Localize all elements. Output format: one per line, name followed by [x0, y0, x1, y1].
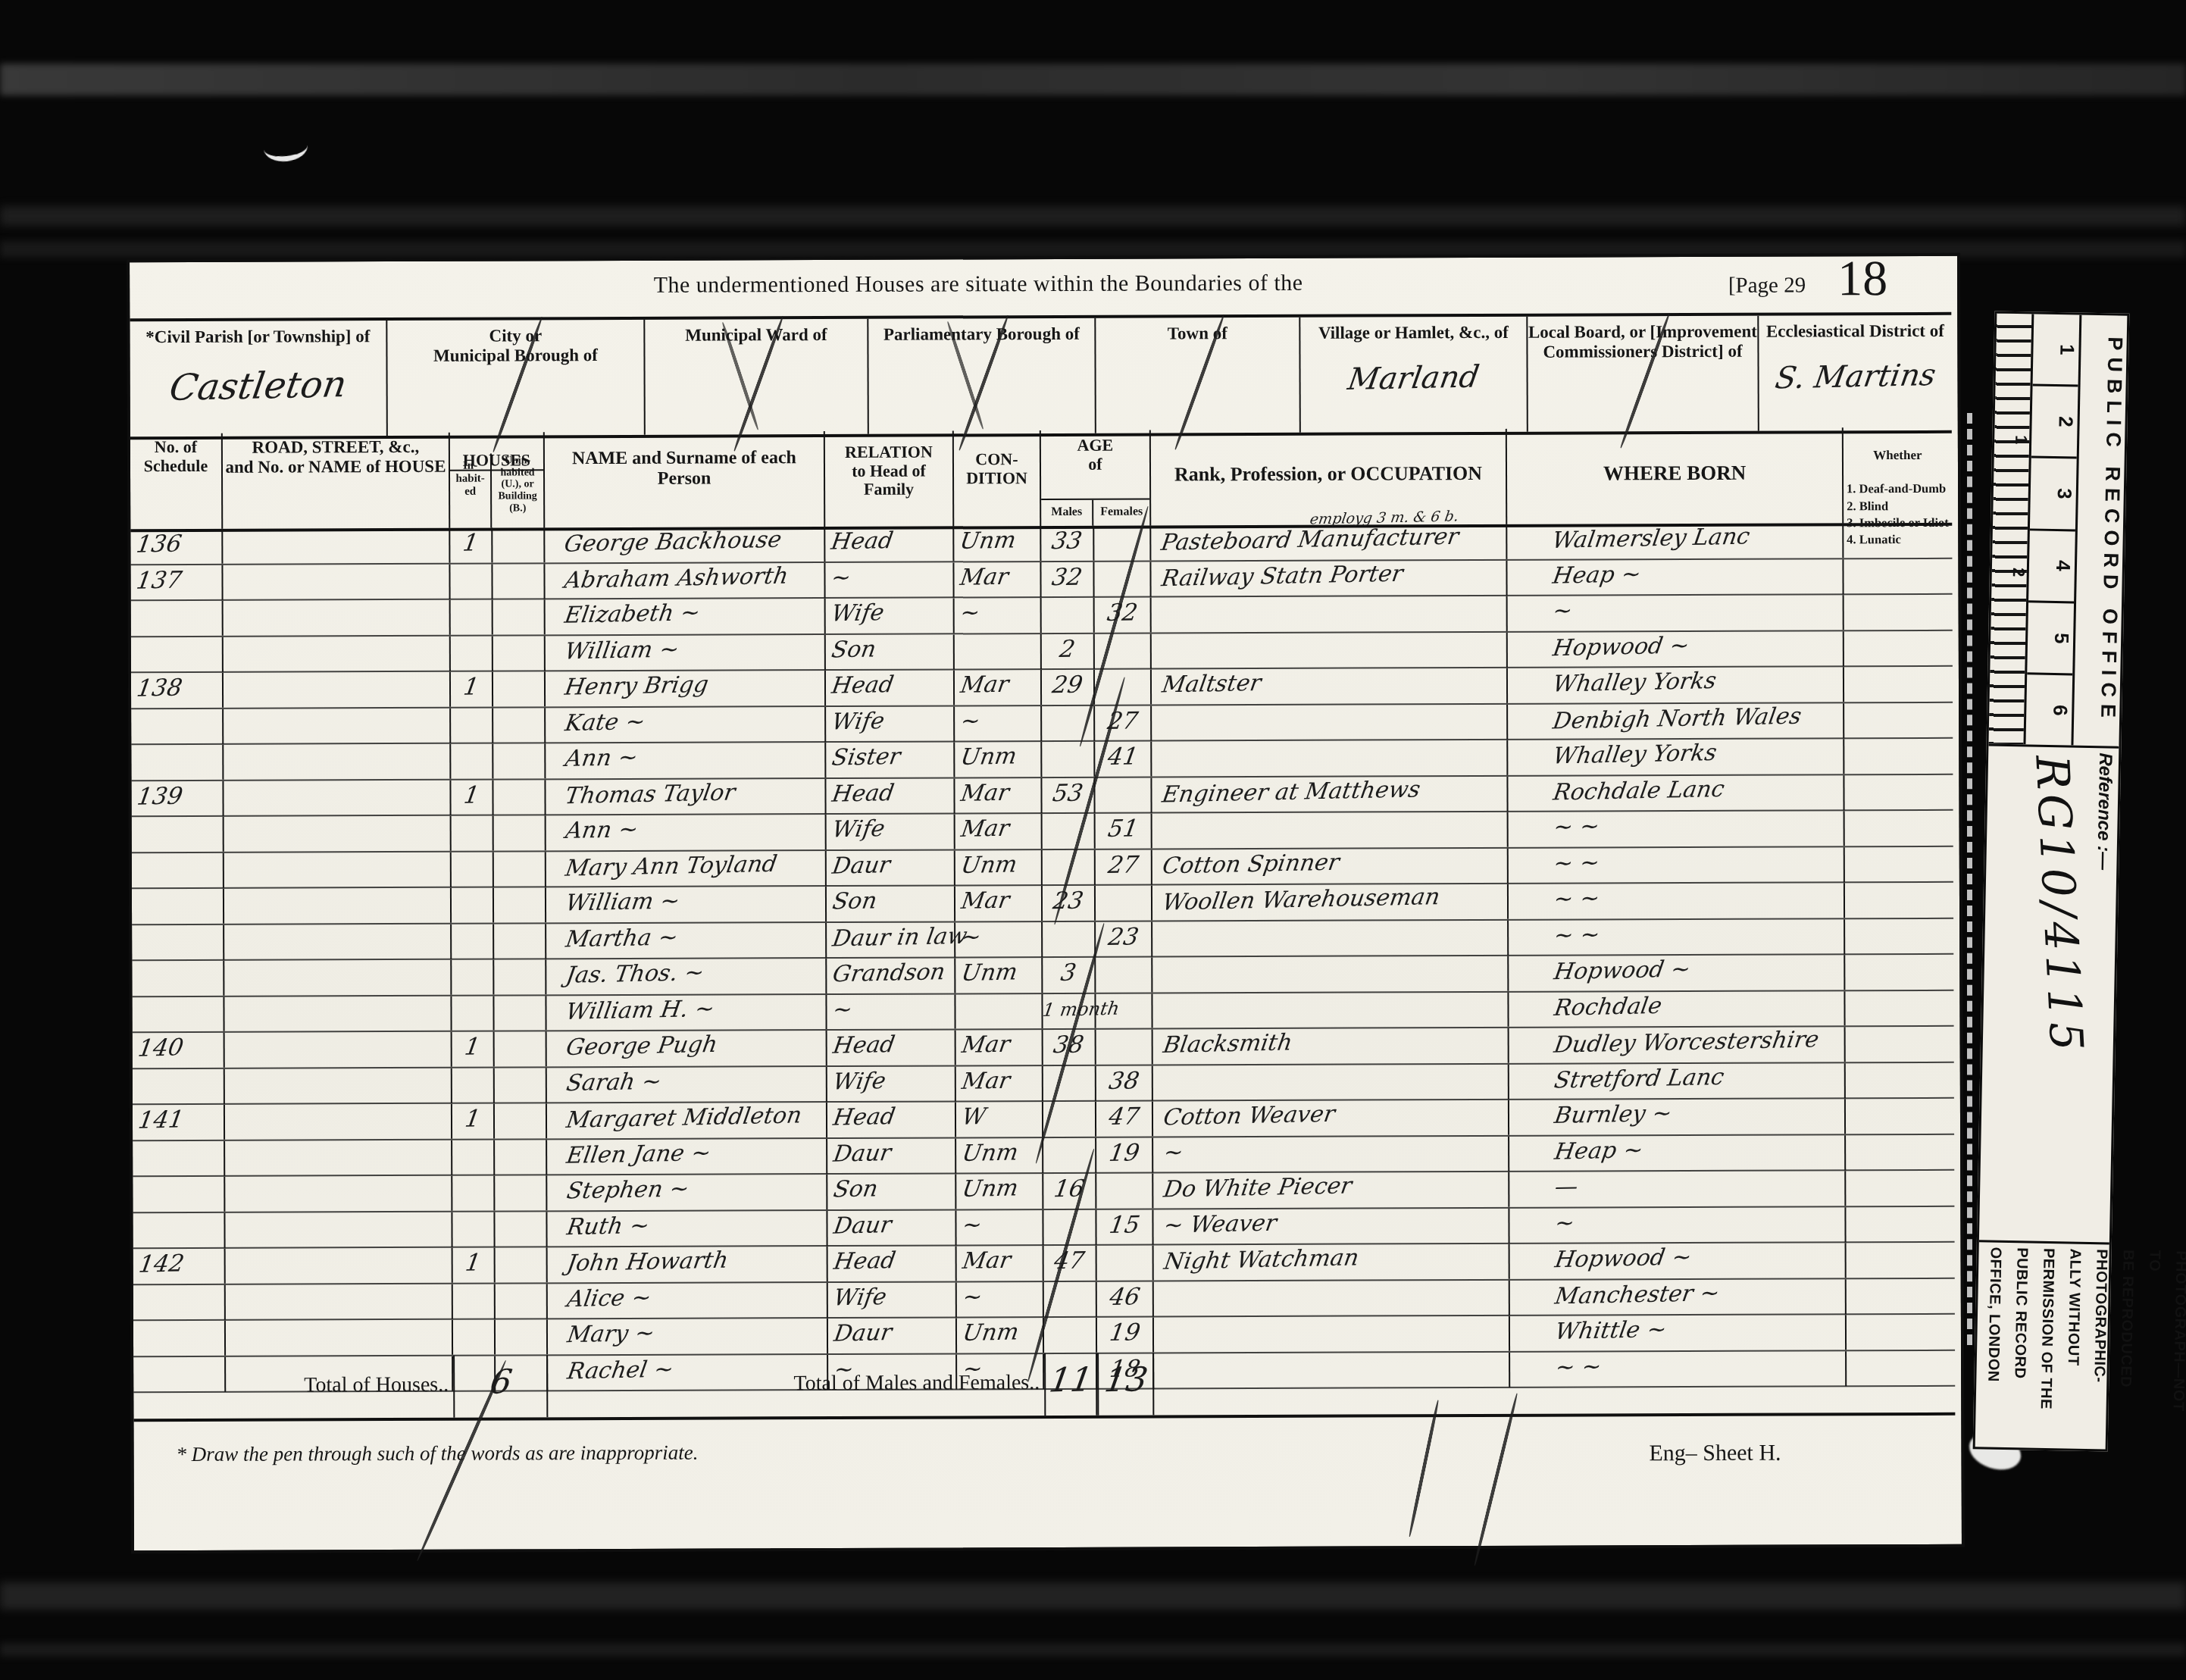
- cell-schedule: [133, 1140, 225, 1175]
- cell-schedule: [133, 1177, 225, 1212]
- cell-relation: Daur: [828, 1318, 957, 1353]
- cell-inhabited: [451, 744, 493, 779]
- cell-uninhabited: [496, 1319, 548, 1354]
- census-row: Mary Ann ToylandDaurUnm27Cotton Spinner~…: [132, 846, 1953, 889]
- cell-condition: Unm: [954, 526, 1041, 561]
- cell-uninhabited: [493, 708, 546, 743]
- page-label: [Page 29: [1728, 273, 1806, 298]
- copyright-section: COPYRIGHT PHOTOGRAPH—NOT TOBE REPRODUCED…: [1975, 1242, 2186, 1440]
- cell-age-male: [1042, 705, 1095, 740]
- cell-age-female: [1096, 1174, 1153, 1209]
- ruler-cell: 6: [2025, 674, 2072, 745]
- cell-occupation: Railway Statn Porter: [1151, 560, 1507, 596]
- cell-age-female: 19: [1096, 1137, 1153, 1172]
- cell-infirmities: [1845, 918, 1953, 953]
- cell-infirmities: [1846, 1171, 1954, 1206]
- col-infirm-title: Whether: [1844, 447, 1952, 462]
- cell-where-born: Denbigh North Wales: [1508, 703, 1844, 740]
- cell-occupation: Cotton Spinner: [1152, 848, 1509, 884]
- cell-name: Mary Ann Toyland: [546, 851, 827, 887]
- census-row: Ellen Jane ~DaurUnm19~Heap ~: [133, 1134, 1954, 1177]
- cell-inhabited: [452, 1176, 495, 1211]
- total-males-value: 11: [1044, 1353, 1097, 1416]
- cell-road: [224, 672, 451, 708]
- cell-relation: ~: [825, 562, 954, 598]
- cell-occupation: [1152, 956, 1509, 993]
- cell-condition: ~: [955, 706, 1042, 741]
- cell-age-male: 29: [1042, 670, 1095, 705]
- cell-relation: Sister: [826, 742, 955, 777]
- cell-uninhabited: [493, 636, 546, 671]
- cell-condition: Mar: [957, 1246, 1044, 1281]
- census-row: Stephen ~SonUnm16Do White Piecer—: [133, 1171, 1954, 1213]
- cell-condition: Mar: [956, 1030, 1043, 1065]
- col-infirm-item: 2. Blind: [1847, 497, 1952, 515]
- cell-inhabited: [452, 924, 494, 959]
- cell-relation: ~: [827, 994, 955, 1029]
- cell-inhabited: [451, 600, 493, 635]
- cell-name: Jas. Thos. ~: [546, 959, 827, 994]
- cell-occupation: [1154, 1280, 1510, 1316]
- page-title: The undermentioned Houses are situate wi…: [220, 269, 1736, 300]
- cell-where-born: Manchester ~: [1510, 1279, 1847, 1316]
- cell-occupation: ~ Weaver: [1153, 1208, 1509, 1244]
- copyright-line: ALLY WITHOUT PERMISSION OF THE: [2031, 1248, 2088, 1433]
- cell-where-born: ~ ~: [1509, 811, 1845, 847]
- cell-where-born: ~ ~: [1509, 919, 1845, 956]
- district-field: Local Board, or [Improvement Commissione…: [1528, 316, 1759, 432]
- col-name: NAME and Surname of each Person: [545, 431, 825, 527]
- cell-schedule: [133, 1321, 226, 1356]
- cell-age-female: 15: [1096, 1209, 1153, 1244]
- cell-age-male: 3: [1043, 958, 1096, 993]
- cell-inhabited: [452, 888, 494, 923]
- cell-road: [224, 960, 452, 996]
- cell-age-female: 38: [1096, 1065, 1153, 1100]
- cell-infirmities: [1847, 1278, 1955, 1313]
- district-field-label: Parliamentary Borough of: [868, 318, 1094, 345]
- cell-infirmities: [1847, 1315, 1955, 1350]
- cell-inhabited: 1: [453, 1248, 496, 1283]
- cell-schedule: [133, 1212, 225, 1247]
- cell-relation: Wife: [826, 706, 955, 742]
- cell-where-born: ~: [1508, 595, 1844, 631]
- cell-age-female: 41: [1095, 742, 1152, 777]
- film-page-number: 18: [1837, 250, 1887, 308]
- cell-age-male: 33: [1041, 526, 1094, 561]
- cell-age-female: [1096, 886, 1152, 921]
- cell-age-female: [1096, 1030, 1153, 1065]
- census-row: Alice ~Wife~46Manchester ~: [133, 1278, 1955, 1321]
- cell-age-male: [1043, 814, 1096, 849]
- cell-age-female: 19: [1097, 1318, 1154, 1353]
- copyright-line: PUBLIC RECORD OFFICE, LONDON: [1978, 1247, 2035, 1431]
- cell-condition: Mar: [955, 886, 1043, 921]
- cell-name: Thomas Taylor: [546, 779, 826, 815]
- cell-relation: Daur: [827, 1138, 956, 1174]
- col-born: WHERE BORN: [1507, 427, 1844, 524]
- district-field-label: Municipal Ward of: [645, 319, 867, 346]
- cell-occupation: [1152, 704, 1508, 740]
- cell-condition: [955, 994, 1043, 1029]
- cell-schedule: 137: [130, 565, 223, 599]
- cell-occupation: [1152, 992, 1509, 1028]
- cell-schedule: [133, 1068, 225, 1103]
- cell-name: Sarah ~: [547, 1067, 827, 1103]
- cell-inhabited: [451, 708, 493, 743]
- cell-infirmities: [1847, 1243, 1955, 1278]
- census-entries: 1361George BackhouseHeadUnm33Pasteboard …: [130, 523, 1955, 1393]
- cell-where-born: Whittle ~: [1510, 1315, 1847, 1351]
- cell-age-male: [1043, 921, 1096, 956]
- cell-infirmities: [1844, 595, 1953, 630]
- col-females: Females: [1093, 500, 1149, 526]
- cell-condition: Unm: [955, 958, 1043, 993]
- cell-infirmities: [1845, 811, 1953, 846]
- cell-inhabited: [453, 1320, 496, 1355]
- cell-inhabited: [452, 1068, 495, 1103]
- cell-relation: Head: [826, 670, 955, 705]
- cell-schedule: [132, 853, 224, 887]
- cell-relation: Head: [828, 1246, 957, 1281]
- cell-relation: Wife: [827, 1066, 956, 1102]
- cell-road: [225, 1212, 452, 1247]
- cell-age-female: 32: [1095, 598, 1152, 633]
- cell-name: Ann ~: [546, 743, 826, 778]
- cell-where-born: Whalley Yorks: [1508, 739, 1844, 775]
- cell-infirmities: [1846, 1099, 1954, 1134]
- cell-relation: Daur: [827, 850, 955, 886]
- col-age: AGE of Males Females: [1041, 430, 1151, 527]
- cell-age-male: 23: [1043, 886, 1096, 921]
- cell-schedule: 142: [133, 1249, 226, 1284]
- cell-inhabited: [452, 960, 494, 995]
- cell-road: [225, 1176, 452, 1212]
- district-field-label: *Civil Parish [or Township] of: [130, 321, 386, 348]
- cell-infirmities: [1846, 1206, 1954, 1241]
- cell-schedule: 138: [131, 673, 224, 708]
- cell-where-born: Dudley Worcestershire: [1509, 1027, 1846, 1063]
- cell-uninhabited: [494, 852, 546, 887]
- cell-uninhabited: [496, 1284, 548, 1319]
- cell-age-female: 27: [1096, 849, 1152, 884]
- total-houses-label: Total of Houses..: [133, 1356, 453, 1416]
- cell-where-born: —: [1509, 1171, 1846, 1207]
- cell-condition: Unm: [957, 1318, 1044, 1353]
- cell-condition: [955, 634, 1042, 669]
- cell-schedule: 141: [133, 1105, 225, 1140]
- cell-where-born: Hopwood ~: [1508, 631, 1844, 668]
- pen-check-mark: [1408, 1400, 1440, 1538]
- cell-road: [225, 1140, 452, 1175]
- cell-occupation: [1152, 740, 1508, 777]
- cell-schedule: [131, 601, 224, 636]
- ruler-cell: 4: [2028, 530, 2075, 603]
- cell-infirmities: [1844, 774, 1953, 809]
- cell-uninhabited: [495, 1068, 547, 1103]
- cell-schedule: 136: [130, 529, 223, 564]
- cell-age-female: [1095, 634, 1152, 668]
- census-row: 1391Thomas TaylorHeadMar53Engineer at Ma…: [131, 774, 1953, 817]
- cell-schedule: 139: [131, 781, 224, 815]
- cell-occupation: [1152, 596, 1508, 633]
- film-edge-dashes: [1967, 413, 1972, 1345]
- district-field: *Civil Parish [or Township] ofCastleton: [130, 321, 388, 436]
- cell-road: [224, 780, 451, 815]
- cell-infirmities: [1844, 630, 1953, 665]
- cell-age-female: [1094, 526, 1151, 561]
- district-field-label: Village or Hamlet, &c., of: [1300, 317, 1526, 343]
- cell-schedule: 140: [133, 1033, 225, 1068]
- cell-where-born: Burnley ~: [1509, 1099, 1846, 1135]
- cell-age-male: 1 month: [1043, 993, 1096, 1028]
- cell-uninhabited: [493, 599, 546, 634]
- cell-relation: Head: [827, 1102, 956, 1137]
- cell-condition: W: [956, 1102, 1043, 1137]
- cell-age-male: [1043, 1137, 1096, 1172]
- cell-condition: Mar: [955, 778, 1042, 813]
- cell-age-female: [1096, 958, 1152, 993]
- cell-uninhabited: [494, 924, 546, 959]
- total-females-value: 13: [1097, 1353, 1154, 1416]
- cell-occupation: Night Watchman: [1154, 1244, 1510, 1281]
- film-streak: [0, 1643, 2186, 1657]
- census-row: Ann ~WifeMar51~ ~: [132, 811, 1953, 853]
- cell-age-female: [1096, 993, 1152, 1028]
- cell-condition: Unm: [956, 1174, 1043, 1209]
- cell-uninhabited: [495, 1031, 547, 1066]
- cell-age-male: [1044, 1318, 1097, 1353]
- cell-where-born: ~: [1509, 1207, 1846, 1244]
- cell-schedule: [131, 745, 224, 780]
- cell-age-female: 46: [1097, 1281, 1154, 1316]
- district-field: City or Municipal Borough of: [387, 320, 646, 436]
- col-road: ROAD, STREET, &c., and No. or NAME of HO…: [223, 433, 450, 529]
- cell-uninhabited: [494, 996, 546, 1031]
- census-row: Sarah ~WifeMar38Stretford Lanc: [133, 1062, 1954, 1105]
- cell-where-born: Hopwood ~: [1509, 955, 1845, 991]
- cell-name: George Pugh: [547, 1031, 827, 1066]
- cell-condition: Mar: [956, 1066, 1043, 1101]
- cell-where-born: ~ ~: [1509, 883, 1845, 919]
- cell-uninhabited: [493, 671, 546, 706]
- cell-relation: Son: [826, 634, 955, 670]
- cell-uninhabited: [495, 1140, 547, 1175]
- census-row: 1361George BackhouseHeadUnm33Pasteboard …: [130, 523, 1952, 565]
- cell-road: [226, 1320, 453, 1356]
- cell-schedule: [131, 637, 224, 671]
- cell-infirmities: [1845, 846, 1953, 881]
- cell-inhabited: 1: [451, 672, 493, 707]
- table-header: No. of Schedule ROAD, STREET, &c., and N…: [130, 427, 1952, 532]
- ruler-cell: 1: [2033, 314, 2080, 386]
- cell-uninhabited: [496, 1247, 548, 1282]
- cell-name: Kate ~: [546, 707, 826, 743]
- cell-uninhabited: [493, 564, 545, 599]
- district-field-value: S. Martins: [1759, 359, 1952, 395]
- census-row: William H. ~~1 monthRochdale: [132, 990, 1953, 1033]
- cell-occupation: Pasteboard Manufactureremployg 3 m. & 6 …: [1151, 524, 1507, 561]
- cell-relation: Wife: [826, 598, 955, 634]
- cell-age-male: [1043, 1065, 1096, 1100]
- cell-name: Henry Brigg: [546, 671, 826, 706]
- census-row: 1381Henry BriggHeadMar29MaltsterWhalley …: [131, 667, 1953, 709]
- cell-road: [225, 1032, 452, 1068]
- cell-infirmities: [1846, 1134, 1954, 1169]
- cell-schedule: [132, 924, 224, 959]
- cell-infirmities: [1844, 702, 1953, 737]
- sheet-label: Eng– Sheet H.: [1649, 1441, 1781, 1467]
- cell-relation: Head: [827, 1030, 956, 1065]
- cell-inhabited: [450, 564, 493, 599]
- cell-uninhabited: [495, 1212, 547, 1247]
- cell-occupation: Woollen Warehouseman: [1152, 884, 1509, 921]
- copyright-line: BE REPRODUCED PHOTOGRAPHIC-: [2084, 1249, 2141, 1434]
- cell-name: Ruth ~: [547, 1211, 827, 1247]
- cell-relation: Wife: [827, 814, 955, 849]
- cell-condition: Unm: [955, 742, 1042, 777]
- cell-where-born: Walmersley Lanc: [1507, 523, 1844, 559]
- cell-occupation: [1152, 812, 1509, 849]
- census-row: Jas. Thos. ~GrandsonUnm3Hopwood ~: [132, 955, 1953, 997]
- cell-relation: Daur in law: [827, 922, 955, 958]
- cell-relation: Wife: [828, 1282, 957, 1318]
- cell-road: [224, 636, 451, 671]
- district-field: Village or Hamlet, &c., ofMarland: [1300, 317, 1528, 433]
- cell-name: Abraham Ashworth: [545, 563, 825, 599]
- cell-age-male: 38: [1043, 1030, 1096, 1065]
- col-inhabited: In- habit- ed: [450, 454, 492, 528]
- cell-infirmities: [1844, 558, 1952, 593]
- cell-name: Ellen Jane ~: [547, 1139, 827, 1175]
- cell-age-male: 2: [1042, 634, 1095, 668]
- census-row: William ~SonMar23Woollen Warehouseman~ ~: [132, 883, 1953, 925]
- cell-age-male: [1044, 1281, 1097, 1316]
- census-row: 137Abraham Ashworth~Mar32Railway Statn P…: [130, 558, 1952, 601]
- cell-name: William ~: [546, 635, 826, 671]
- cell-schedule: [133, 1284, 226, 1319]
- cell-road: [224, 816, 452, 852]
- ruler-cell: 3: [2030, 458, 2077, 531]
- cell-schedule: [132, 889, 224, 924]
- cell-age-male: [1043, 849, 1096, 884]
- cell-infirmities: [1844, 739, 1953, 774]
- cell-age-male: 16: [1043, 1174, 1096, 1209]
- col-condition: CON- DITION: [954, 430, 1041, 526]
- cell-relation: Head: [825, 526, 954, 562]
- cell-name: George Backhouse: [545, 527, 825, 562]
- cell-road: [224, 888, 452, 924]
- cell-where-born: Whalley Yorks: [1508, 667, 1844, 703]
- cell-age-female: 47: [1096, 1102, 1153, 1137]
- cell-where-born: Heap ~: [1507, 559, 1844, 596]
- cell-uninhabited: [493, 527, 545, 562]
- cell-name: Martha ~: [546, 923, 827, 959]
- cell-name: Elizabeth ~: [546, 599, 826, 634]
- total-males-females-label: Total of Males and Females..: [548, 1353, 1044, 1414]
- cell-infirmities: [1846, 1027, 1954, 1062]
- census-sheet: The undermentioned Houses are situate wi…: [127, 253, 1965, 1553]
- cell-inhabited: 1: [452, 1032, 495, 1067]
- cell-infirmities: [1845, 990, 1953, 1025]
- col-infirm-item: 1. Deaf-and-Dumb: [1847, 480, 1952, 498]
- col-infirmities: Whether 1. Deaf-and-Dumb2. Blind3. Imbec…: [1844, 427, 1952, 523]
- cell-road: [223, 564, 450, 599]
- film-streak: [0, 64, 2186, 95]
- district-field: Parliamentary Borough of: [868, 318, 1096, 434]
- cell-inhabited: [452, 1212, 495, 1247]
- total-houses-value: 6: [453, 1355, 548, 1417]
- film-streak: [0, 206, 2186, 226]
- cell-road: [224, 924, 452, 959]
- cell-condition: ~: [955, 922, 1043, 957]
- copyright-line: COPYRIGHT PHOTOGRAPH—NOT TO: [2138, 1250, 2186, 1435]
- public-record-office-label: PUBLIC RECORD OFFICE: [2073, 315, 2127, 746]
- cell-inhabited: [452, 852, 494, 887]
- cell-age-female: [1094, 562, 1151, 596]
- cell-occupation: [1152, 632, 1508, 668]
- pen-check-mark: [1473, 1393, 1519, 1566]
- cell-relation: Son: [827, 886, 955, 921]
- ruler-cell: 5: [2027, 602, 2074, 675]
- public-record-office-strip: 1 2 123456 PUBLIC RECORD OFFICE Referenc…: [1973, 311, 2130, 1451]
- cell-inhabited: 1: [451, 780, 493, 815]
- cell-age-male: [1042, 742, 1095, 777]
- col-age-title: AGE of: [1077, 436, 1114, 474]
- cell-schedule: [132, 996, 224, 1031]
- film-scratch-mark: [262, 131, 309, 164]
- cell-where-born: Hopwood ~: [1510, 1243, 1847, 1279]
- totals-row: Total of Houses.. 6 Total of Males and F…: [133, 1350, 1955, 1422]
- cell-age-male: 47: [1044, 1246, 1097, 1281]
- cell-road: [223, 528, 450, 564]
- cell-age-male: [1042, 598, 1095, 633]
- cell-inhabited: 1: [450, 528, 493, 563]
- cell-uninhabited: [495, 1103, 547, 1138]
- census-row: 1411Margaret MiddletonHeadW47Cotton Weav…: [133, 1099, 1954, 1141]
- cell-age-female: [1095, 777, 1152, 812]
- cell-age-female: [1095, 670, 1152, 705]
- cell-occupation: [1153, 1064, 1509, 1100]
- col-uninhabited: Unin- habited (U.), or Building (B.): [492, 453, 543, 527]
- cell-uninhabited: [495, 1175, 547, 1210]
- ruler-cell: 2: [2031, 386, 2078, 459]
- cell-occupation: ~: [1153, 1136, 1509, 1172]
- cell-road: [226, 1284, 453, 1319]
- cell-age-female: 51: [1096, 814, 1152, 849]
- cell-condition: ~: [955, 598, 1042, 633]
- microfilm-frame: The undermentioned Houses are situate wi…: [0, 0, 2186, 1680]
- cell-name: Mary ~: [548, 1319, 828, 1354]
- cell-inhabited: [452, 1140, 495, 1175]
- cell-inhabited: [452, 996, 494, 1031]
- cell-where-born: Heap ~: [1509, 1135, 1846, 1172]
- cell-occupation: Do White Piecer: [1153, 1172, 1509, 1209]
- cell-occupation: Maltster: [1152, 668, 1508, 705]
- cell-age-female: 23: [1096, 921, 1152, 956]
- cell-name: William ~: [546, 887, 827, 922]
- cell-name: Margaret Middleton: [547, 1103, 827, 1138]
- district-field-value: Castleton: [130, 364, 386, 408]
- cell-uninhabited: [494, 815, 546, 850]
- cell-occupation: [1154, 1316, 1510, 1353]
- cell-uninhabited: [494, 959, 546, 994]
- cell-road: [225, 1068, 452, 1103]
- cell-age-male: [1043, 1209, 1096, 1244]
- cell-inhabited: [452, 816, 494, 851]
- cell-infirmities: [1846, 1062, 1954, 1097]
- cell-infirmities: [1845, 955, 1953, 990]
